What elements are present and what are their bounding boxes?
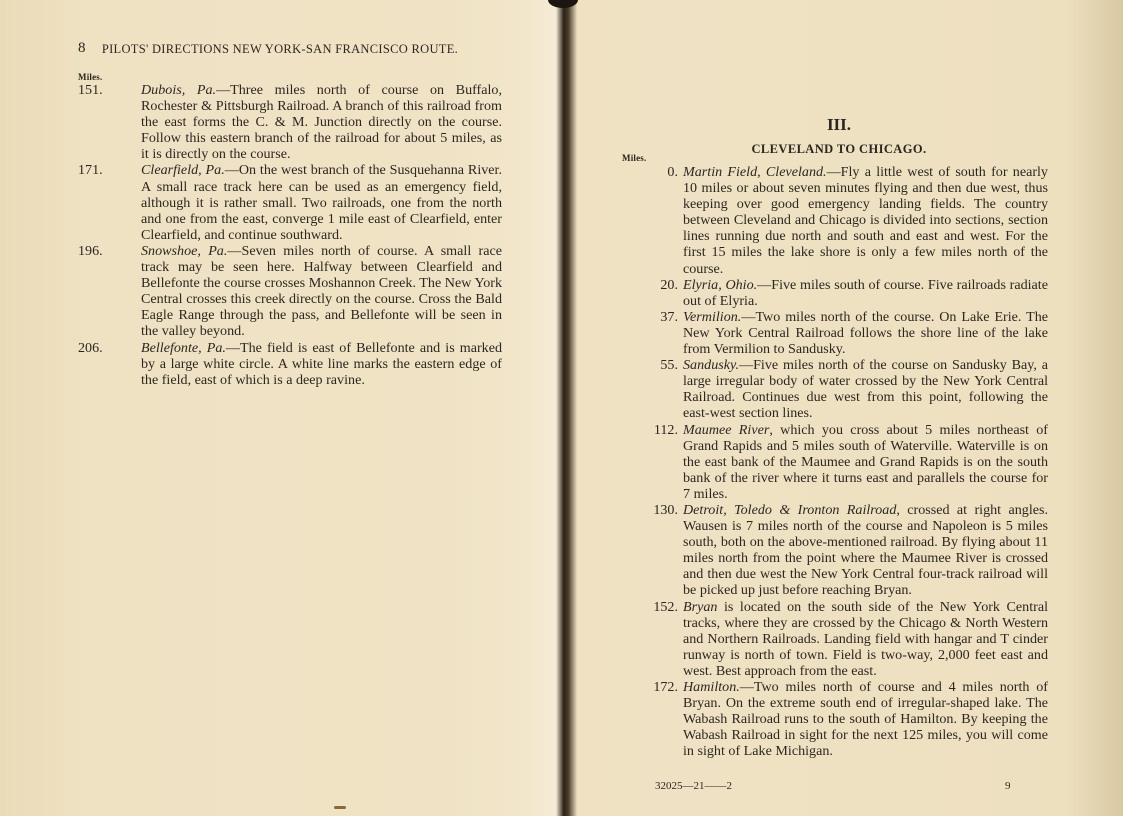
- entry-miles: 112.: [630, 422, 678, 438]
- entry-snowshoe: 196.Snowshoe, Pa.—Seven miles north of c…: [78, 243, 502, 340]
- section-title: CLEVELAND TO CHICAGO.: [630, 142, 1048, 157]
- entry-place: Maumee River: [683, 422, 769, 438]
- entry-dubois: 151.Dubois, Pa.—Three miles north of cou…: [78, 82, 502, 162]
- entry-place: Elyria, Ohio.: [683, 277, 757, 293]
- entry-detroit-toledo-ironton: 130.Detroit, Toledo & Ironton Railroad, …: [630, 502, 1048, 599]
- entry-miles: 172.: [630, 679, 678, 695]
- entry-place: Hamilton.: [683, 679, 740, 695]
- miles-column-label: Miles.: [622, 153, 646, 163]
- entry-text: is located on the south side of the New …: [683, 599, 1048, 679]
- entry-miles: 152.: [630, 599, 678, 615]
- entry-hamilton: 172.Hamilton.—Two miles north of course …: [630, 679, 1048, 759]
- running-head: 8 PILOTS' DIRECTIONS NEW YORK-SAN FRANCI…: [78, 42, 498, 57]
- entry-place: Dubois, Pa.: [141, 82, 216, 98]
- entry-place: Snowshoe, Pa.: [141, 243, 227, 259]
- running-head-title: PILOTS' DIRECTIONS NEW YORK-SAN FRANCISC…: [102, 42, 458, 57]
- entry-clearfield: 171.Clearfield, Pa.—On the west branch o…: [78, 162, 502, 242]
- entry-place: Vermilion.: [683, 309, 741, 325]
- entry-martin-field: 0.Martin Field, Cleveland.—Fly a little …: [630, 164, 1048, 277]
- entry-miles: 37.: [630, 309, 678, 325]
- printer-signature-mark: 32025—21——2: [655, 780, 732, 792]
- page-number: 8: [78, 40, 86, 57]
- entry-place: Sandusky.: [683, 357, 739, 373]
- entry-miles: 20.: [630, 277, 678, 293]
- entry-bellefonte: 206.Bellefonte, Pa.—The field is east of…: [78, 340, 502, 388]
- section-number: III.: [630, 115, 1048, 135]
- entry-vermilion: 37.Vermilion.—Two miles north of the cou…: [630, 309, 1048, 357]
- entry-elyria: 20.Elyria, Ohio.—Five miles south of cou…: [630, 277, 1048, 309]
- entry-bryan: 152.Bryan is located on the south side o…: [630, 599, 1048, 679]
- entry-miles: 0.: [630, 164, 678, 180]
- entry-text: —Fly a little west of south for nearly 1…: [683, 164, 1048, 277]
- book-spread: 8 PILOTS' DIRECTIONS NEW YORK-SAN FRANCI…: [0, 0, 1123, 816]
- entry-place: Clearfield, Pa.: [141, 162, 225, 178]
- entry-miles: 206.: [78, 340, 138, 356]
- entry-maumee-river: 112.Maumee River, which you cross about …: [630, 422, 1048, 502]
- entry-miles: 130.: [630, 502, 678, 518]
- entry-miles: 55.: [630, 357, 678, 373]
- entry-sandusky: 55.Sandusky.—Five miles north of the cou…: [630, 357, 1048, 421]
- entry-place: Martin Field, Cleveland.: [683, 164, 827, 180]
- entry-place: Bellefonte, Pa.: [141, 340, 226, 356]
- left-page: 8 PILOTS' DIRECTIONS NEW YORK-SAN FRANCI…: [0, 0, 561, 816]
- entry-miles: 151.: [78, 82, 138, 98]
- entry-miles: 196.: [78, 243, 138, 259]
- paper-blemish: [334, 806, 346, 809]
- entry-miles: 171.: [78, 162, 138, 178]
- miles-column-label: Miles.: [78, 72, 102, 82]
- entry-place: Detroit, Toledo & Ironton Railroad: [683, 502, 896, 518]
- page-number: 9: [1005, 780, 1011, 792]
- entry-place: Bryan: [683, 599, 717, 615]
- entry-list: 0.Martin Field, Cleveland.—Fly a little …: [630, 164, 1048, 759]
- entry-list: 151.Dubois, Pa.—Three miles north of cou…: [78, 82, 502, 388]
